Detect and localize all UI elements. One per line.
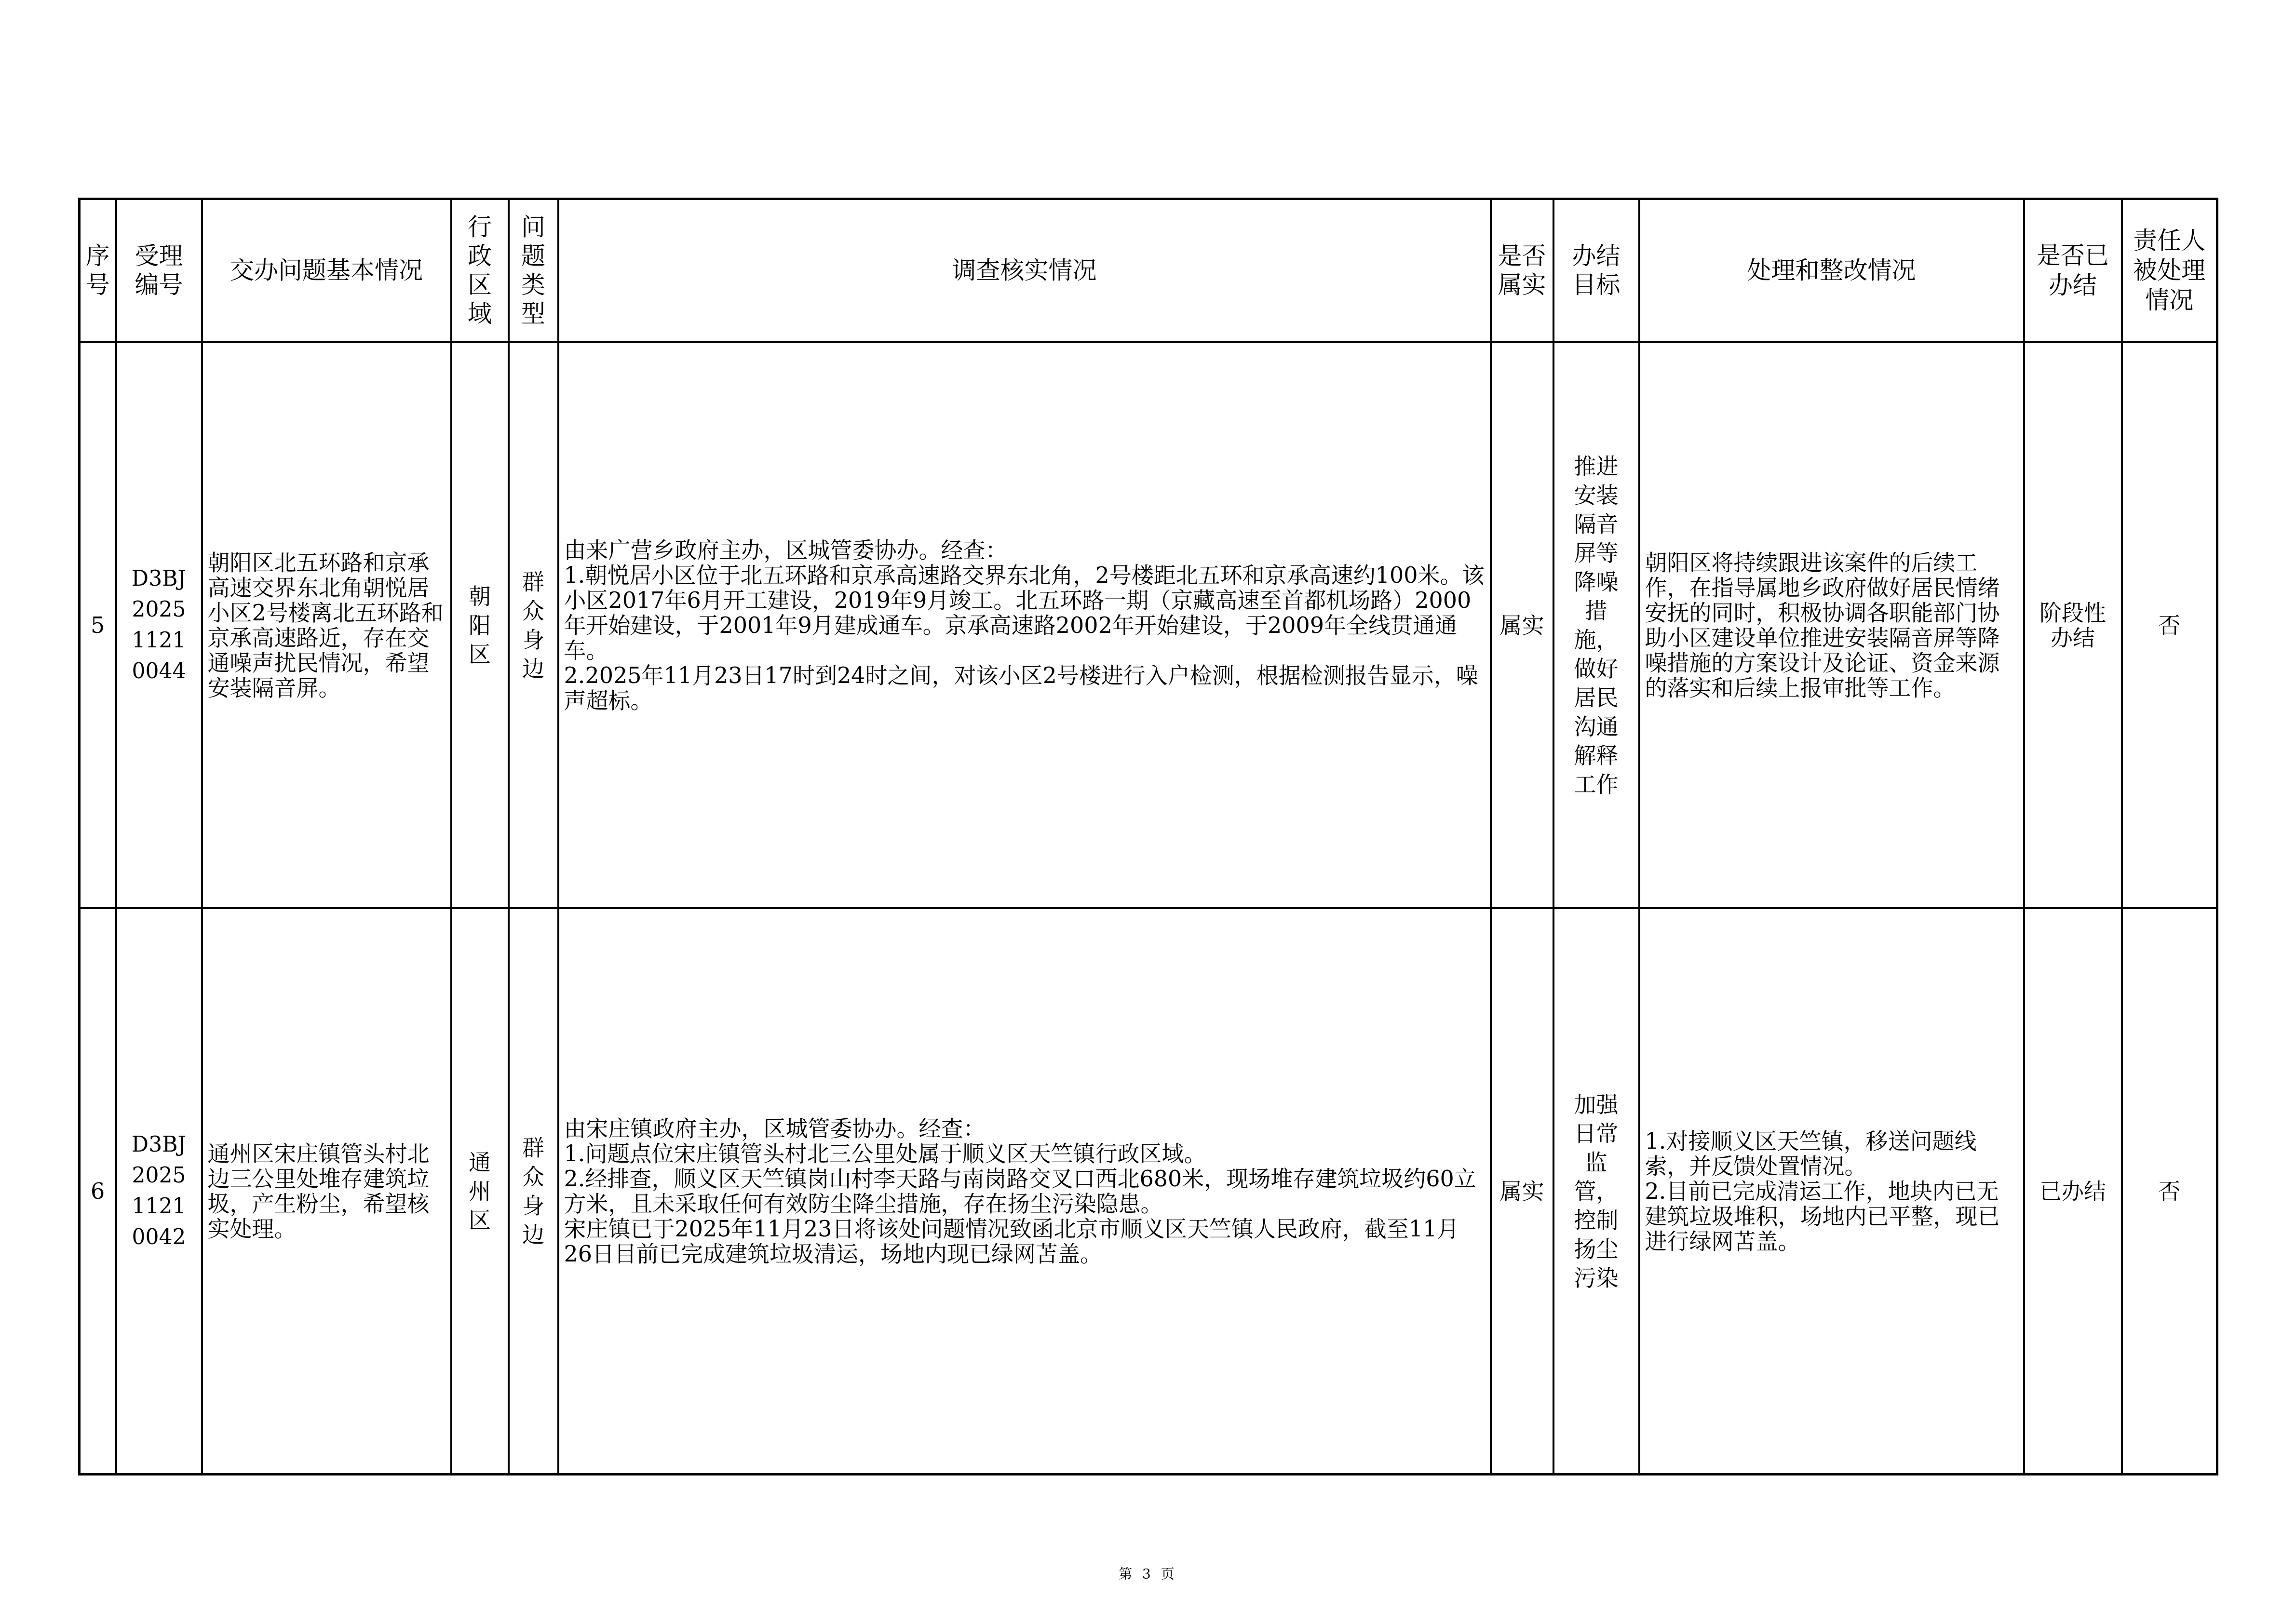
cell-seq: 5 bbox=[80, 342, 116, 908]
cell-investigation: 由来广营乡政府主办，区城管委协办。经查： 1.朝悦居小区位于北五环路和京承高速路… bbox=[558, 342, 1491, 908]
cell-district: 朝阳区 bbox=[451, 342, 509, 908]
header-issue-type: 问题类型 bbox=[509, 199, 558, 342]
cell-verified: 属实 bbox=[1491, 342, 1553, 908]
cell-case-no: D3BJ202511210044 bbox=[116, 342, 202, 908]
cell-district: 通州区 bbox=[451, 908, 509, 1475]
header-closed: 是否已办结 bbox=[2024, 199, 2122, 342]
cell-issue-type: 群众身边 bbox=[509, 342, 558, 908]
header-accountability: 责任人被处理情况 bbox=[2122, 199, 2217, 342]
header-seq: 序号 bbox=[80, 199, 116, 342]
cell-seq: 6 bbox=[80, 908, 116, 1475]
cell-closed: 已办结 bbox=[2024, 908, 2122, 1475]
table-row: 5 D3BJ202511210044 朝阳区北五环路和京承高速交界东北角朝悦居小… bbox=[80, 342, 2217, 908]
cell-target: 推进安装隔音屏等降噪措施，做好居民沟通解释工作 bbox=[1553, 342, 1639, 908]
header-district: 行政区域 bbox=[451, 199, 509, 342]
header-case-no: 受理编号 bbox=[116, 199, 202, 342]
cell-basic-info: 朝阳区北五环路和京承高速交界东北角朝悦居小区2号楼离北五环路和京承高速路近，存在… bbox=[202, 342, 451, 908]
header-basic-info: 交办问题基本情况 bbox=[202, 199, 451, 342]
cell-case-no: D3BJ202511210042 bbox=[116, 908, 202, 1475]
cell-closed: 阶段性办结 bbox=[2024, 342, 2122, 908]
cell-accountability: 否 bbox=[2122, 908, 2217, 1475]
table-header-row: 序号 受理编号 交办问题基本情况 行政区域 问题类型 调查核实情况 是否属实 办… bbox=[80, 199, 2217, 342]
cell-verified: 属实 bbox=[1491, 908, 1553, 1475]
issue-table: 序号 受理编号 交办问题基本情况 行政区域 问题类型 调查核实情况 是否属实 办… bbox=[78, 198, 2218, 1475]
cell-investigation: 由宋庄镇政府主办，区城管委协办。经查： 1.问题点位宋庄镇管头村北三公里处属于顺… bbox=[558, 908, 1491, 1475]
cell-handling: 朝阳区将持续跟进该案件的后续工作，在指导属地乡政府做好居民情绪安抚的同时，积极协… bbox=[1639, 342, 2024, 908]
header-handling: 处理和整改情况 bbox=[1639, 199, 2024, 342]
cell-target: 加强日常监管，控制扬尘污染 bbox=[1553, 908, 1639, 1475]
header-target: 办结目标 bbox=[1553, 199, 1639, 342]
cell-issue-type: 群众身边 bbox=[509, 908, 558, 1475]
cell-accountability: 否 bbox=[2122, 342, 2217, 908]
page-number: 第 3 页 bbox=[0, 1564, 2296, 1583]
cell-basic-info: 通州区宋庄镇管头村北边三公里处堆存建筑垃圾，产生粉尘，希望核实处理。 bbox=[202, 908, 451, 1475]
table-row: 6 D3BJ202511210042 通州区宋庄镇管头村北边三公里处堆存建筑垃圾… bbox=[80, 908, 2217, 1475]
header-verified: 是否属实 bbox=[1491, 199, 1553, 342]
header-investigation: 调查核实情况 bbox=[558, 199, 1491, 342]
cell-handling: 1.对接顺义区天竺镇，移送问题线索，并反馈处置情况。 2.目前已完成清运工作，地… bbox=[1639, 908, 2024, 1475]
